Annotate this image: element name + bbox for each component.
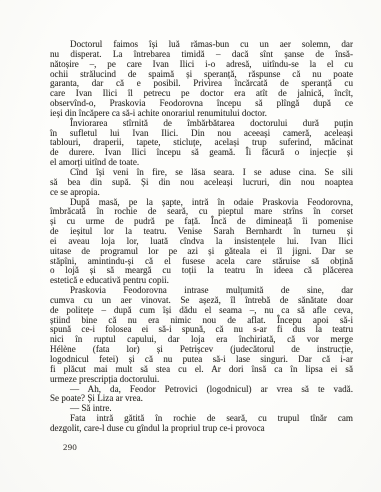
paragraph: După masă, pe la șapte, intră în odaie P… (50, 198, 353, 287)
text-line: dezgolit, care-l duse cu gîndul la propr… (50, 424, 353, 434)
page-text: Doctorul faimos își luă rămas-bun cu un … (50, 40, 353, 434)
page-number: 290 (63, 442, 77, 452)
paragraph: Cînd își veni în fire, se lăsa seara. I … (50, 168, 353, 198)
paragraph: Praskovia Feodorovna intrase mulțumită d… (50, 286, 353, 384)
paragraph: — Ah, da, Feodor Petrovici (logodnicul) … (50, 385, 353, 405)
paragraph: Înviorarea stîrnită de îmbărbătarea doct… (50, 119, 353, 168)
paragraph: Doctorul faimos își luă rămas-bun cu un … (50, 40, 353, 119)
paragraph: Fata intră gătită în rochie de seară, cu… (50, 414, 353, 434)
book-page: Doctorul faimos își luă rămas-bun cu un … (0, 0, 381, 492)
